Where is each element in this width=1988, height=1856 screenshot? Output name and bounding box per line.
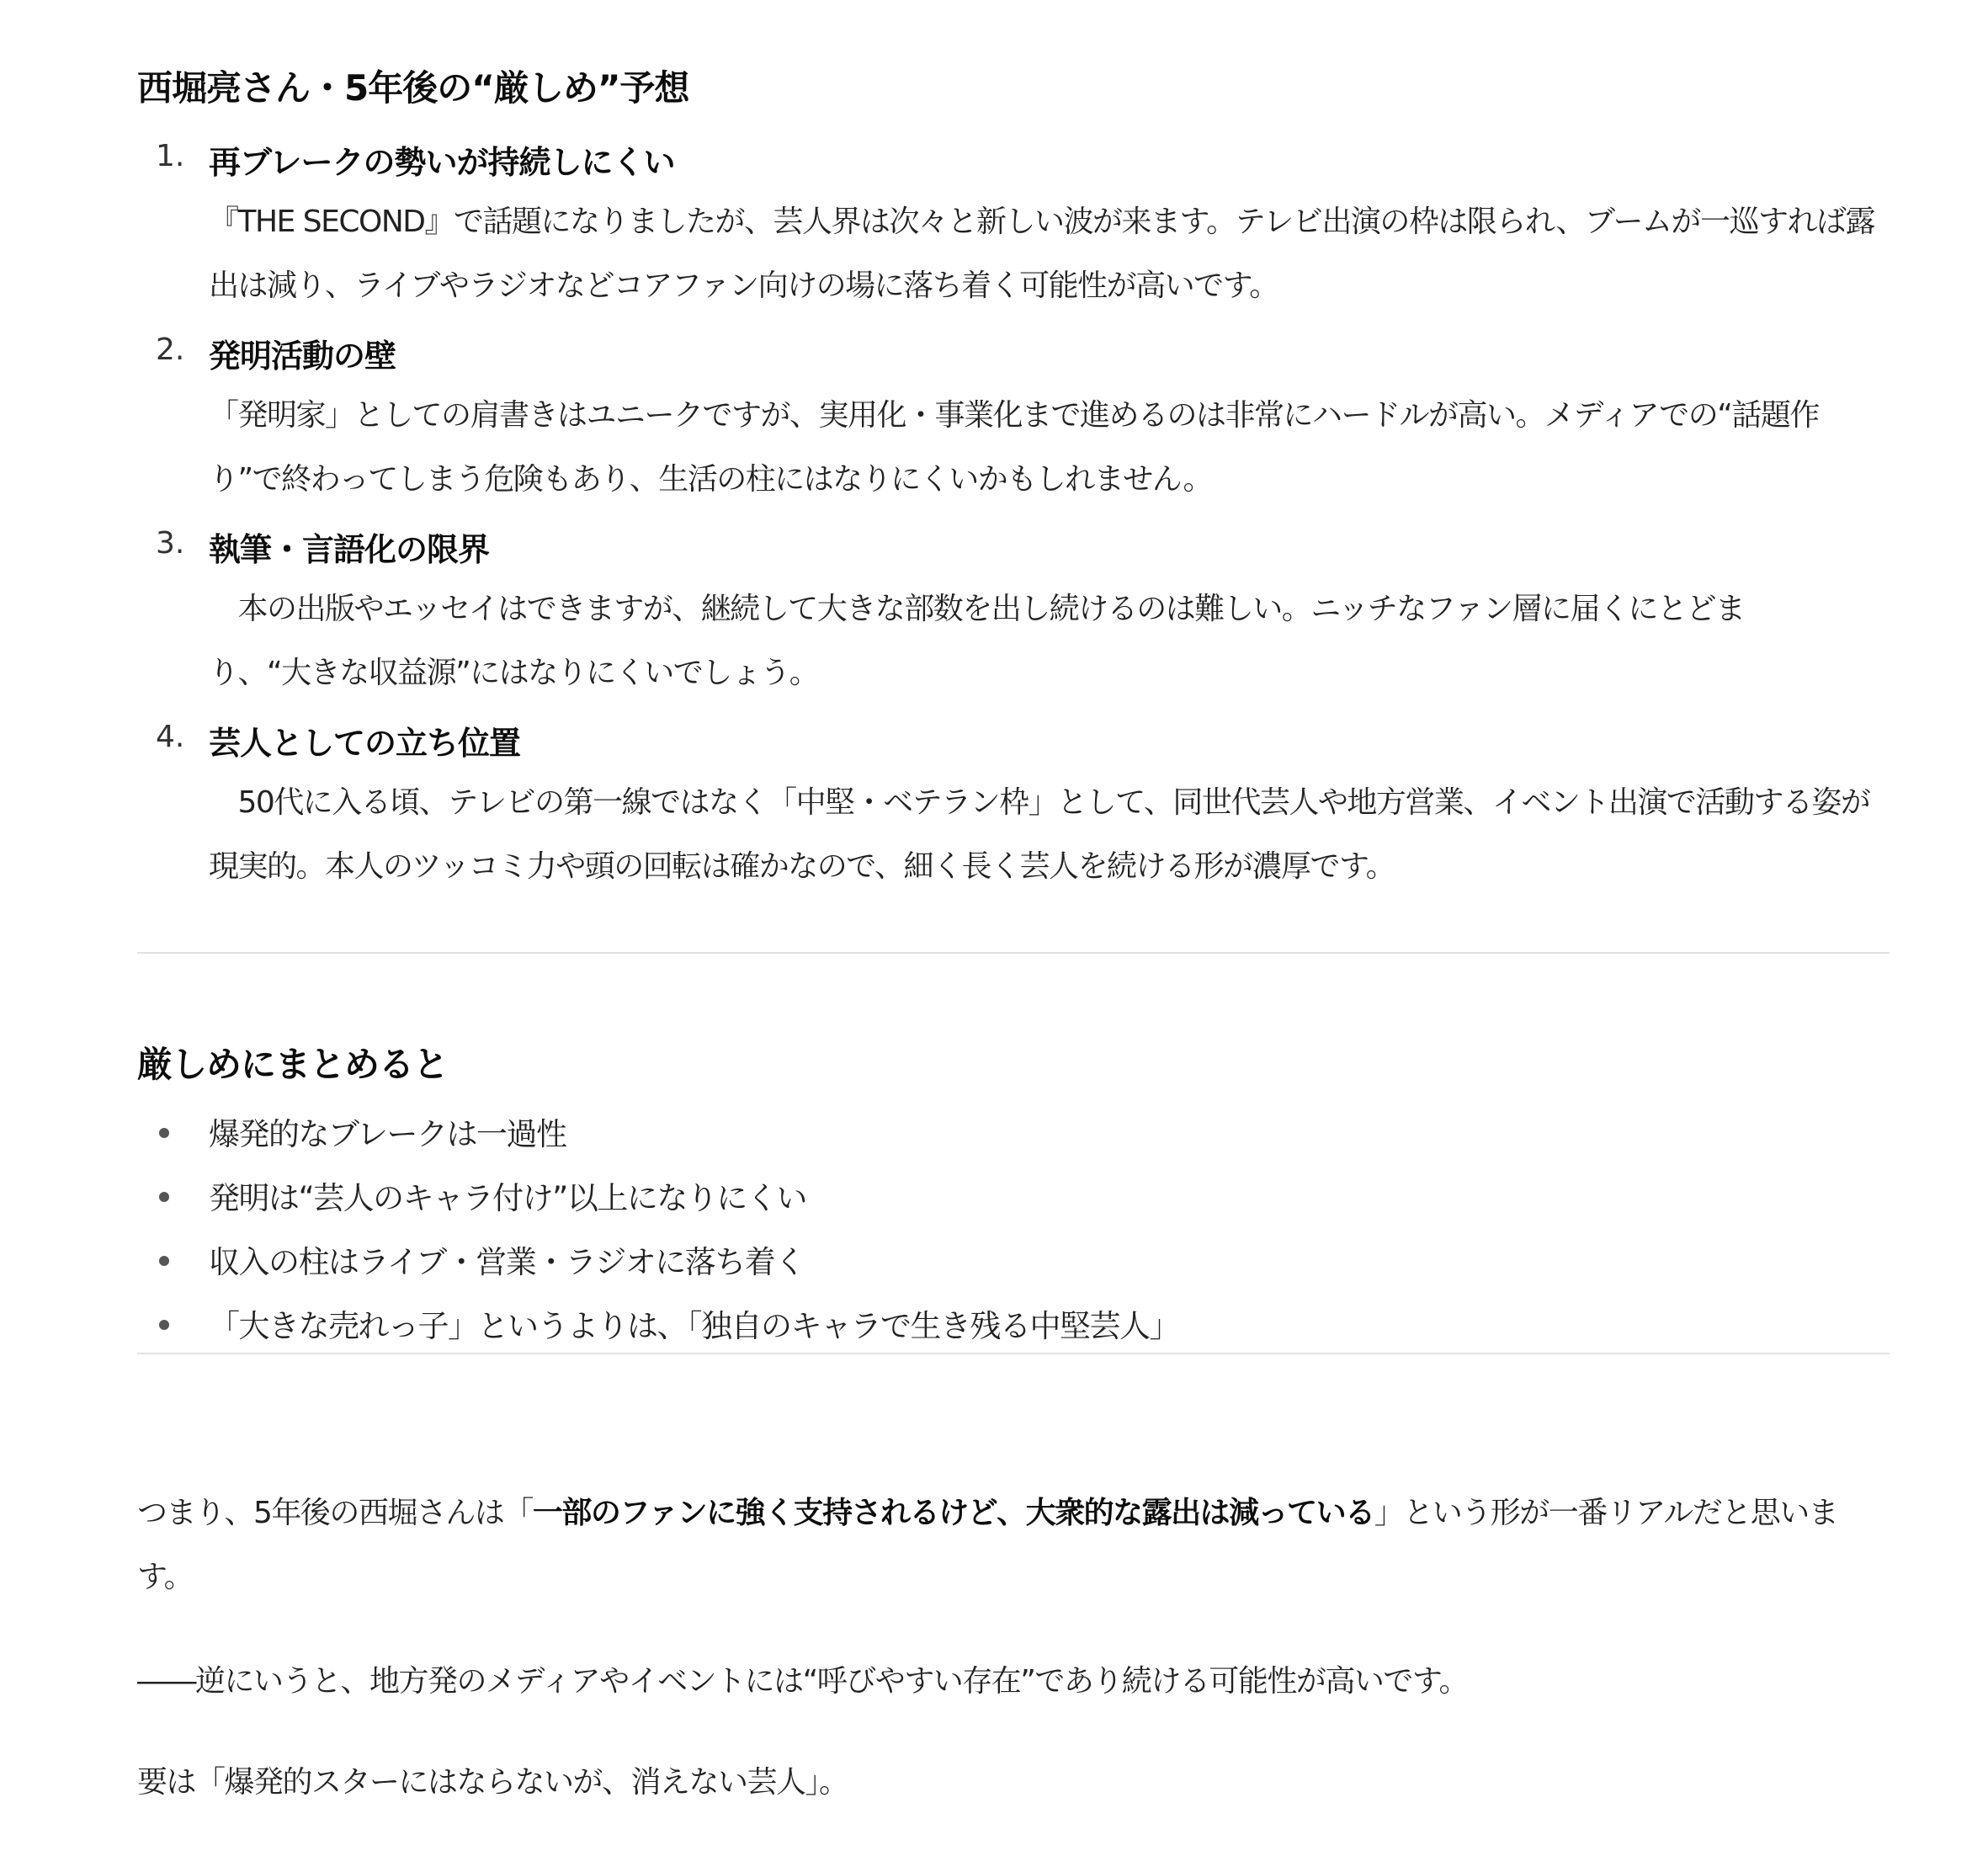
bullet-dot-icon bbox=[159, 1128, 169, 1138]
list-item-body: 「発明家」としての肩書きはユニークですが、実用化・事業化まで進めるのは非常にハー… bbox=[209, 384, 1879, 512]
list-item-title: 発明活動の壁 bbox=[209, 330, 396, 376]
contrast-paragraph: ――逆にいうと、地方発のメディアやイベントには“呼びやすい存在”であり続ける可能… bbox=[137, 1650, 1890, 1714]
section-heading-summary: 厳しめにまとめると bbox=[137, 1037, 448, 1088]
bullet-text: 収入の柱はライブ・営業・ラジオに落ち着く bbox=[209, 1231, 805, 1295]
summary-paragraph: 要は「爆発的スターにはならないが、消えない芸人」。 bbox=[137, 1751, 1890, 1815]
bullet-item: 発明は“芸人のキャラ付け”以上になりにくい bbox=[137, 1167, 1890, 1231]
list-item-body: 本の出版やエッセイはできますが、継続して大きな部数を出し続けるのは難しい。ニッチ… bbox=[209, 577, 1808, 705]
bullet-dot-icon bbox=[159, 1256, 169, 1266]
list-number: 4. bbox=[156, 720, 184, 754]
list-item-body: 『THE SECOND』で話題になりましたが、芸人界は次々と新しい波が来ます。テ… bbox=[209, 190, 1879, 318]
conclusion-emphasis: 一部のファンに強く支持されるけど、大衆的な露出は減っている bbox=[533, 1496, 1374, 1530]
conclusion-text-lead: つまり、5年後の西堀さんは「 bbox=[137, 1496, 533, 1530]
bullet-item: 「大きな売れっ子」というよりは、「独自のキャラで生き残る中堅芸人」 bbox=[137, 1295, 1890, 1359]
list-item-title: 芸人としての立ち位置 bbox=[209, 717, 520, 763]
divider bbox=[137, 1353, 1890, 1354]
bullet-text: 発明は“芸人のキャラ付け”以上になりにくい bbox=[209, 1167, 806, 1231]
bullet-dot-icon bbox=[159, 1192, 169, 1202]
bullet-dot-icon bbox=[159, 1320, 169, 1330]
section-heading-forecast: 西堀亮さん・5年後の“厳しめ”予想 bbox=[137, 61, 688, 111]
list-number: 2. bbox=[156, 332, 184, 367]
divider bbox=[137, 952, 1890, 954]
list-item-body: 50代に入る頃、テレビの第一線ではなく「中堅・ベテラン枠」として、同世代芸人や地… bbox=[209, 771, 1879, 899]
bullet-text: 爆発的なブレークは一過性 bbox=[209, 1103, 566, 1167]
bullet-item: 収入の柱はライブ・営業・ラジオに落ち着く bbox=[137, 1231, 1890, 1295]
list-item-title: 再ブレークの勢いが持続しにくい bbox=[209, 136, 674, 183]
list-item-title: 執筆・言語化の限界 bbox=[209, 524, 489, 570]
conclusion-paragraph: つまり、5年後の西堀さんは「一部のファンに強く支持されるけど、大衆的な露出は減っ… bbox=[137, 1481, 1890, 1609]
bullet-item: 爆発的なブレークは一過性 bbox=[137, 1103, 1890, 1167]
bullet-text: 「大きな売れっ子」というよりは、「独自のキャラで生き残る中堅芸人」 bbox=[209, 1295, 1179, 1359]
list-number: 3. bbox=[156, 526, 184, 561]
list-number: 1. bbox=[156, 139, 184, 173]
